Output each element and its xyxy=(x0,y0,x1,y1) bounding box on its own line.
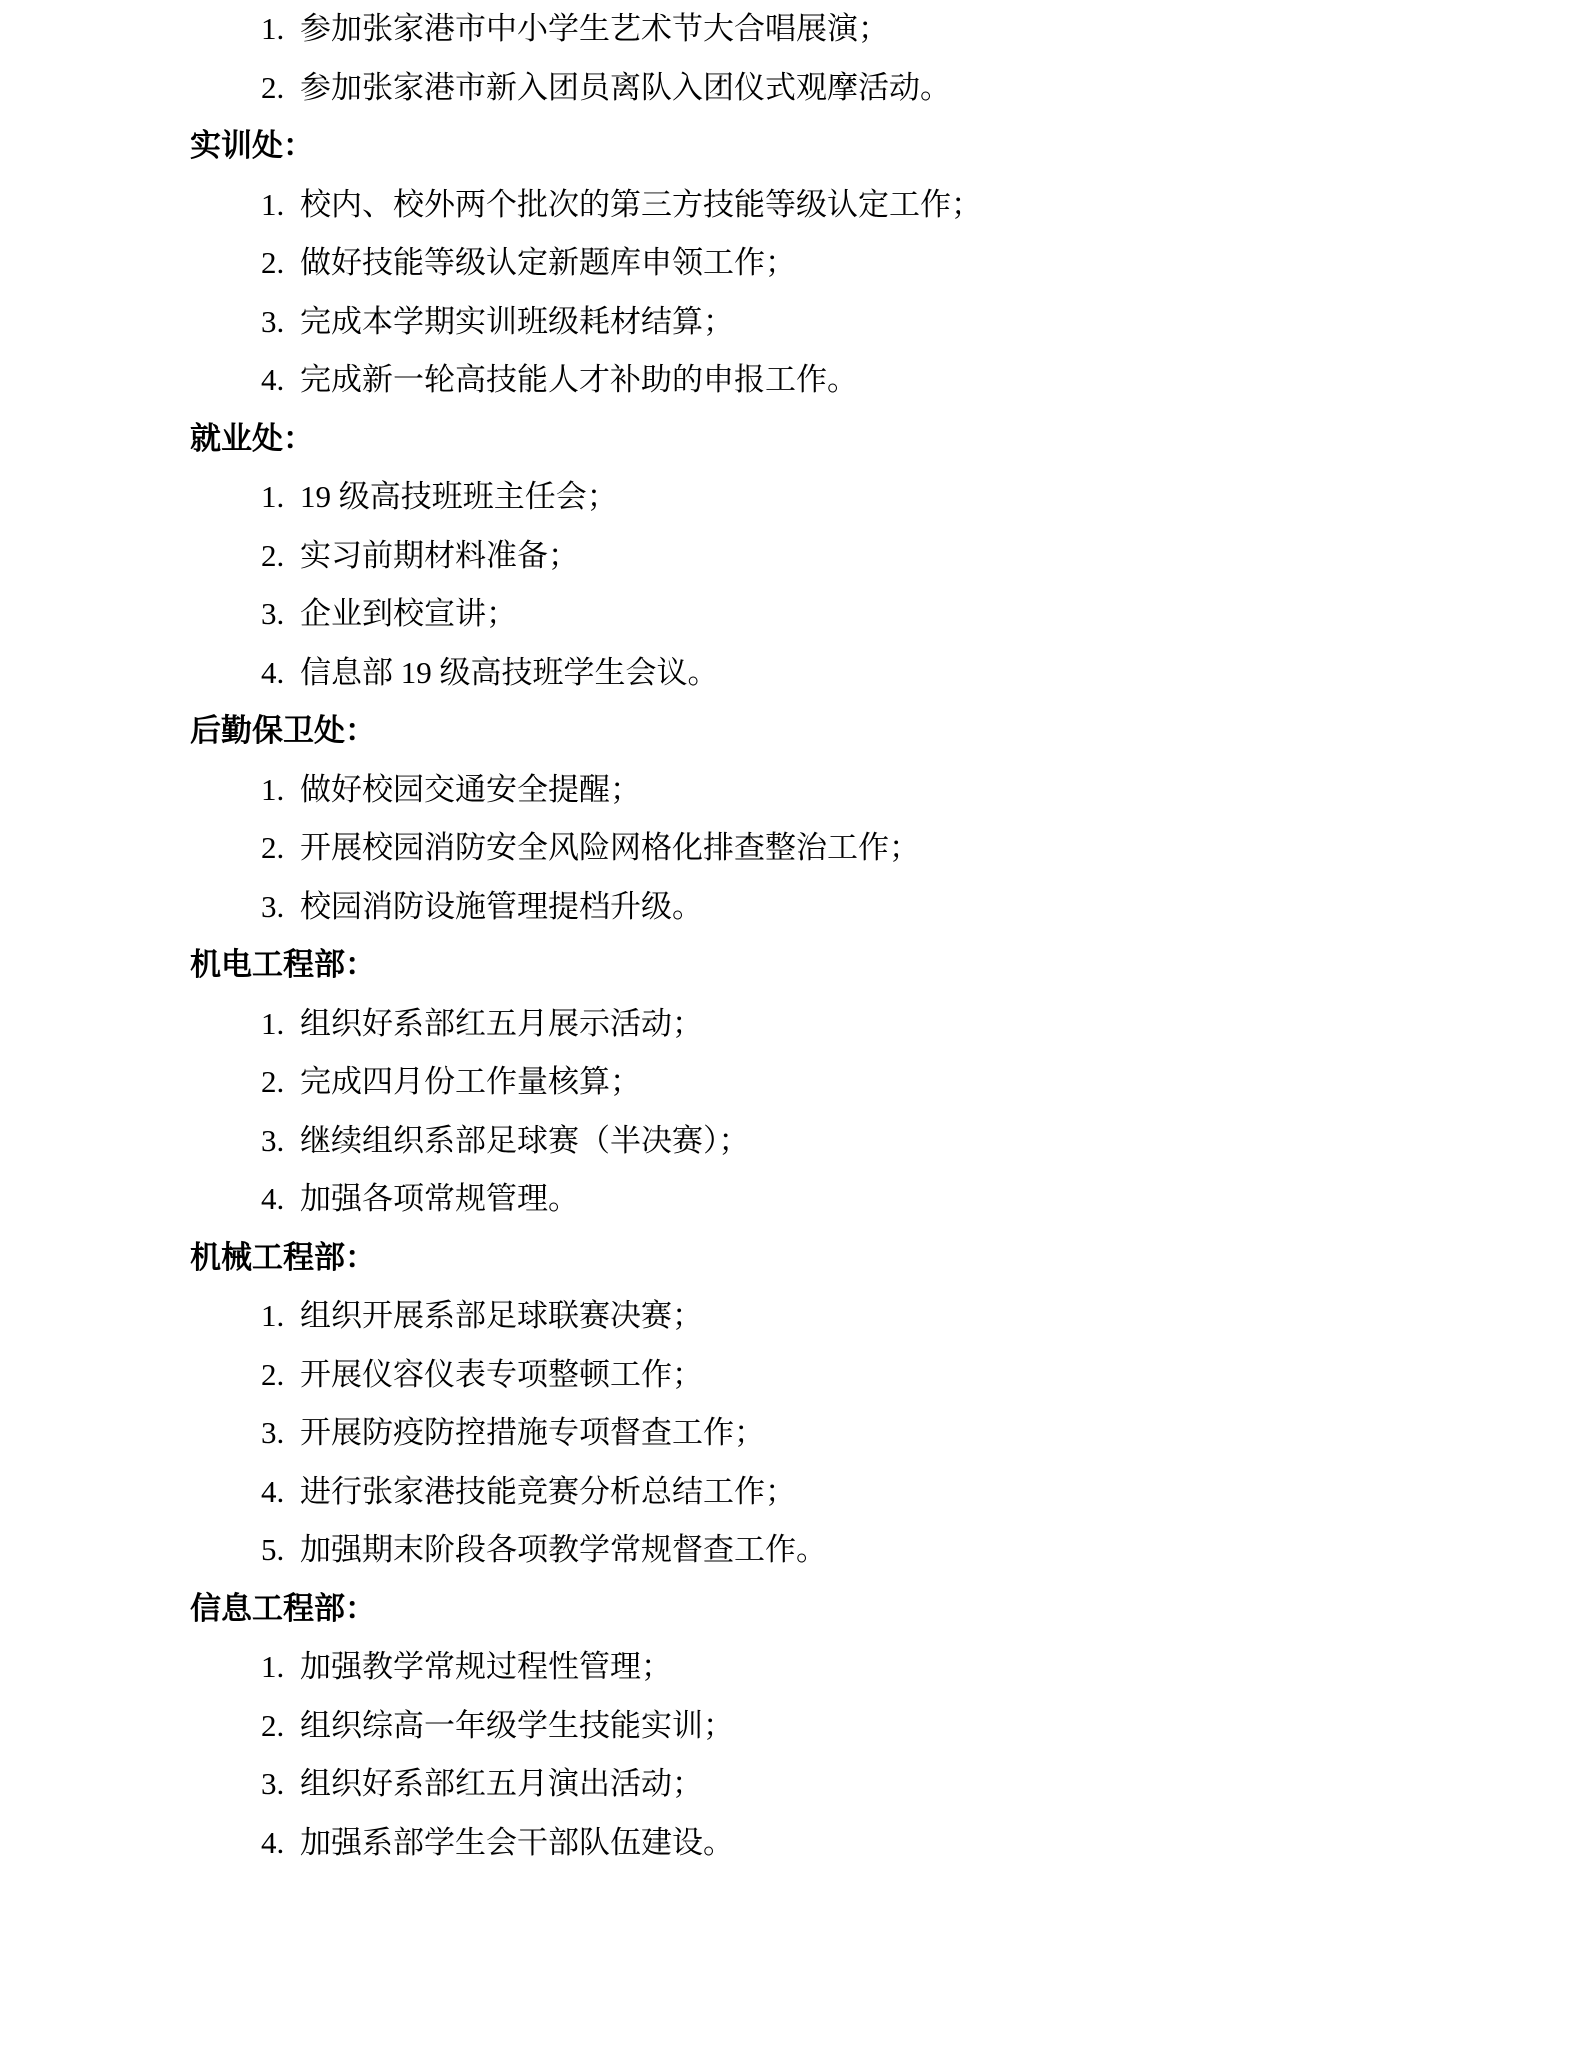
list-item-text: 做好技能等级认定新题库申领工作； xyxy=(300,245,796,280)
list-item-number: 3. xyxy=(261,1112,300,1171)
list-item-number: 1. xyxy=(261,1638,300,1697)
list-item-text: 完成四月份工作量核算； xyxy=(300,1064,641,1099)
list-item-text: 继续组织系部足球赛（半决赛）； xyxy=(300,1123,750,1158)
list-item: 2.完成四月份工作量核算； xyxy=(0,1053,1587,1112)
list-item-text: 组织开展系部足球联赛决赛； xyxy=(300,1298,703,1333)
list-item-text: 企业到校宣讲； xyxy=(300,596,517,631)
section-heading: 机械工程部： xyxy=(0,1229,1587,1288)
list-item-text: 组织好系部红五月展示活动； xyxy=(300,1006,703,1041)
list-item-number: 3. xyxy=(261,585,300,644)
list-item: 5.加强期末阶段各项教学常规督查工作。 xyxy=(0,1521,1587,1580)
list-item-number: 1. xyxy=(261,0,300,59)
list-item-text: 开展防疫防控措施专项督查工作； xyxy=(300,1415,765,1450)
list-item-number: 1. xyxy=(261,995,300,1054)
list-item-number: 5. xyxy=(261,1521,300,1580)
list-item-text: 参加张家港市新入团员离队入团仪式观摩活动。 xyxy=(300,70,951,105)
list-item: 1.校内、校外两个批次的第三方技能等级认定工作； xyxy=(0,176,1587,235)
list-item-number: 4. xyxy=(261,351,300,410)
list-item-number: 4. xyxy=(261,1814,300,1873)
list-item-number: 3. xyxy=(261,878,300,937)
list-item-number: 1. xyxy=(261,176,300,235)
list-item-number: 4. xyxy=(261,1463,300,1522)
list-item-text: 开展校园消防安全风险网格化排查整治工作； xyxy=(300,830,920,865)
section-heading: 机电工程部： xyxy=(0,936,1587,995)
list-item-number: 2. xyxy=(261,1346,300,1405)
list-item-text: 校内、校外两个批次的第三方技能等级认定工作； xyxy=(300,187,982,222)
section-heading: 信息工程部： xyxy=(0,1580,1587,1639)
list-item: 2.组织综高一年级学生技能实训； xyxy=(0,1697,1587,1756)
list-item-text: 实习前期材料准备； xyxy=(300,538,579,573)
list-item-number: 2. xyxy=(261,59,300,118)
list-item: 3.校园消防设施管理提档升级。 xyxy=(0,878,1587,937)
list-item-number: 4. xyxy=(261,644,300,703)
list-item: 2.实习前期材料准备； xyxy=(0,527,1587,586)
list-item-number: 1. xyxy=(261,1287,300,1346)
list-item-number: 2. xyxy=(261,1697,300,1756)
list-item-text: 加强系部学生会干部队伍建设。 xyxy=(300,1825,734,1860)
list-item-number: 1. xyxy=(261,761,300,820)
list-item-text: 加强教学常规过程性管理； xyxy=(300,1649,672,1684)
list-item: 2.开展仪容仪表专项整顿工作； xyxy=(0,1346,1587,1405)
list-item: 3.开展防疫防控措施专项督查工作； xyxy=(0,1404,1587,1463)
list-item-text: 信息部 19 级高技班学生会议。 xyxy=(300,655,719,690)
section-heading: 就业处： xyxy=(0,410,1587,469)
list-item-text: 校园消防设施管理提档升级。 xyxy=(300,889,703,924)
section-heading: 实训处： xyxy=(0,117,1587,176)
list-item-number: 3. xyxy=(261,293,300,352)
list-item: 4.进行张家港技能竞赛分析总结工作； xyxy=(0,1463,1587,1522)
list-item-number: 3. xyxy=(261,1404,300,1463)
list-item: 3.企业到校宣讲； xyxy=(0,585,1587,644)
list-item-number: 2. xyxy=(261,234,300,293)
list-item-text: 加强各项常规管理。 xyxy=(300,1181,579,1216)
list-item: 4.加强各项常规管理。 xyxy=(0,1170,1587,1229)
list-item-number: 2. xyxy=(261,1053,300,1112)
document-page: 1.参加张家港市中小学生艺术节大合唱展演；2.参加张家港市新入团员离队入团仪式观… xyxy=(0,0,1587,1872)
list-item: 4.信息部 19 级高技班学生会议。 xyxy=(0,644,1587,703)
list-item-text: 加强期末阶段各项教学常规督查工作。 xyxy=(300,1532,827,1567)
list-item: 1.组织好系部红五月展示活动； xyxy=(0,995,1587,1054)
list-item: 3.继续组织系部足球赛（半决赛）； xyxy=(0,1112,1587,1171)
list-item: 1.参加张家港市中小学生艺术节大合唱展演； xyxy=(0,0,1587,59)
list-item-number: 4. xyxy=(261,1170,300,1229)
list-item: 1.做好校园交通安全提醒； xyxy=(0,761,1587,820)
list-item-number: 2. xyxy=(261,527,300,586)
list-item-number: 3. xyxy=(261,1755,300,1814)
list-item-text: 做好校园交通安全提醒； xyxy=(300,772,641,807)
list-item: 1.组织开展系部足球联赛决赛； xyxy=(0,1287,1587,1346)
section-heading: 后勤保卫处： xyxy=(0,702,1587,761)
list-item: 2.开展校园消防安全风险网格化排查整治工作； xyxy=(0,819,1587,878)
list-item: 1.加强教学常规过程性管理； xyxy=(0,1638,1587,1697)
list-item: 4.加强系部学生会干部队伍建设。 xyxy=(0,1814,1587,1873)
list-item-text: 组织好系部红五月演出活动； xyxy=(300,1766,703,1801)
list-item-text: 组织综高一年级学生技能实训； xyxy=(300,1708,734,1743)
list-item: 4.完成新一轮高技能人才补助的申报工作。 xyxy=(0,351,1587,410)
list-item-number: 1. xyxy=(261,468,300,527)
list-item: 2.做好技能等级认定新题库申领工作； xyxy=(0,234,1587,293)
list-item: 1.19 级高技班班主任会； xyxy=(0,468,1587,527)
list-item-text: 19 级高技班班主任会； xyxy=(300,479,618,514)
list-item-text: 进行张家港技能竞赛分析总结工作； xyxy=(300,1474,796,1509)
list-item-text: 完成新一轮高技能人才补助的申报工作。 xyxy=(300,362,858,397)
list-item-text: 开展仪容仪表专项整顿工作； xyxy=(300,1357,703,1392)
list-item-number: 2. xyxy=(261,819,300,878)
list-item: 3.完成本学期实训班级耗材结算； xyxy=(0,293,1587,352)
list-item-text: 完成本学期实训班级耗材结算； xyxy=(300,304,734,339)
list-item-text: 参加张家港市中小学生艺术节大合唱展演； xyxy=(300,11,889,46)
list-item: 2.参加张家港市新入团员离队入团仪式观摩活动。 xyxy=(0,59,1587,118)
list-item: 3.组织好系部红五月演出活动； xyxy=(0,1755,1587,1814)
